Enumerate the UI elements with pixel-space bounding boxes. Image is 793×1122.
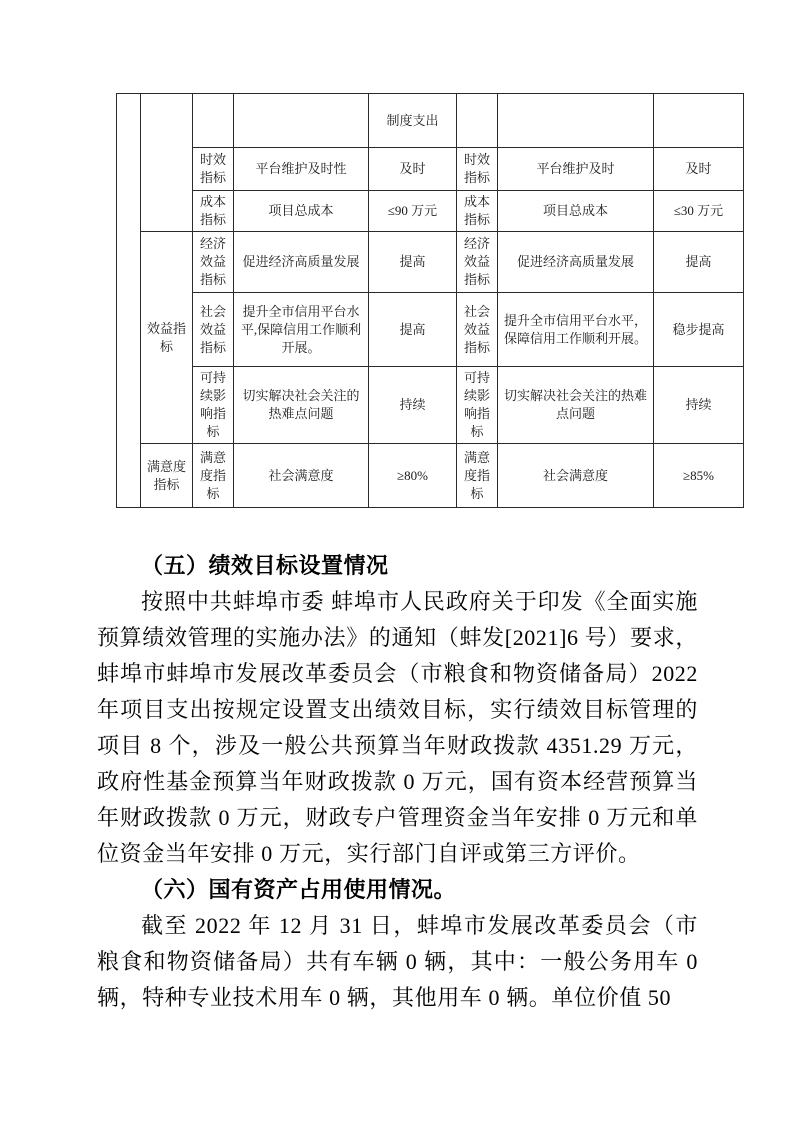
indicator-content-cell: 切实解决社会关注的热难点问题 [234,367,369,444]
table-row: 效益指标 经济效益指标 促进经济高质量发展 提高 经济效益指标 促进经济高质量发… [117,232,744,293]
indicator-type-cell [193,94,234,148]
indicator-value-cell: 及时 [369,148,457,191]
table-row: 时效指标 平台维护及时性 及时 时效指标 平台维护及时 及时 [117,148,744,191]
indicator-content-cell: 提升全市信用平台水平，保障信用工作顺利开展。 [498,293,654,367]
table-row: 满意度指标 满意度指标 社会满意度 ≥80% 满意度指标 社会满意度 ≥85% [117,444,744,508]
table-row: 制度支出 [117,94,744,148]
indicator-content-cell: 项目总成本 [234,191,369,232]
indicator-value-cell: ≤30 万元 [654,191,744,232]
table-row: 成本指标 项目总成本 ≤90 万元 成本指标 项目总成本 ≤30 万元 [117,191,744,232]
indicator-type-cell: 可持续影响指标 [457,367,498,444]
section-paragraph-6: 截至 2022 年 12 月 31 日，蚌埠市发展改革委员会（市粮食和物资储备局… [97,908,698,1016]
indicator-type-cell: 可持续影响指标 [193,367,234,444]
indicator-type-cell: 满意度指标 [457,444,498,508]
indicator-type-cell: 满意度指标 [193,444,234,508]
section-heading-6: （六）国有资产占用使用情况。 [97,872,698,908]
indicator-type-cell: 社会效益指标 [193,293,234,367]
indicator-content-cell: 促进经济高质量发展 [498,232,654,293]
indicator-type-cell: 经济效益指标 [457,232,498,293]
table-row: 可持续影响指标 切实解决社会关注的热难点问题 持续 可持续影响指标 切实解决社会… [117,367,744,444]
indicator-type-cell: 成本指标 [193,191,234,232]
indicator-content-cell: 平台维护及时性 [234,148,369,191]
indicator-value-cell: 提高 [369,293,457,367]
indicator-content-cell: 提升全市信用平台水平,保障信用工作顺利开展。 [234,293,369,367]
indicator-value-cell: ≤90 万元 [369,191,457,232]
indicator-value-cell: 持续 [654,367,744,444]
indicator-type-cell: 经济效益指标 [193,232,234,293]
performance-indicator-table: 制度支出 时效指标 平台维护及时性 及时 时效指标 平台维护及时 及时 成本指标… [116,93,744,508]
indicator-value-cell: 持续 [369,367,457,444]
indicator-type-cell [457,94,498,148]
indicator-type-cell: 时效指标 [193,148,234,191]
section-paragraph-5: 按照中共蚌埠市委 蚌埠市人民政府关于印发《全面实施预算绩效管理的实施办法》的通知… [97,584,698,872]
indicator-type-cell: 时效指标 [457,148,498,191]
indicator-value-cell: ≥85% [654,444,744,508]
indicator-value-cell: 制度支出 [369,94,457,148]
indicator-value-cell: ≥80% [369,444,457,508]
table-row: 社会效益指标 提升全市信用平台水平,保障信用工作顺利开展。 提高 社会效益指标 … [117,293,744,367]
indicator-content-cell: 项目总成本 [498,191,654,232]
indicator-type-cell: 社会效益指标 [457,293,498,367]
indicator-content-cell [498,94,654,148]
indicator-content-cell: 平台维护及时 [498,148,654,191]
left-margin-cell [117,94,141,508]
indicator-group-cell-empty [141,94,193,232]
indicator-value-cell: 提高 [369,232,457,293]
indicator-content-cell [234,94,369,148]
indicator-type-cell: 成本指标 [457,191,498,232]
section-heading-5: （五）绩效目标设置情况 [97,548,698,584]
indicator-value-cell [654,94,744,148]
body-text-block: （五）绩效目标设置情况 按照中共蚌埠市委 蚌埠市人民政府关于印发《全面实施预算绩… [97,548,698,1016]
indicator-value-cell: 及时 [654,148,744,191]
indicator-content-cell: 促进经济高质量发展 [234,232,369,293]
indicator-group-cell-benefit: 效益指标 [141,232,193,444]
indicator-group-cell-satisfaction: 满意度指标 [141,444,193,508]
indicator-value-cell: 提高 [654,232,744,293]
indicator-value-cell: 稳步提高 [654,293,744,367]
indicator-content-cell: 切实解决社会关注的热难点问题 [498,367,654,444]
indicator-content-cell: 社会满意度 [234,444,369,508]
indicator-content-cell: 社会满意度 [498,444,654,508]
performance-indicator-table-wrap: 制度支出 时效指标 平台维护及时性 及时 时效指标 平台维护及时 及时 成本指标… [116,93,744,508]
document-page: 制度支出 时效指标 平台维护及时性 及时 时效指标 平台维护及时 及时 成本指标… [0,0,793,1122]
